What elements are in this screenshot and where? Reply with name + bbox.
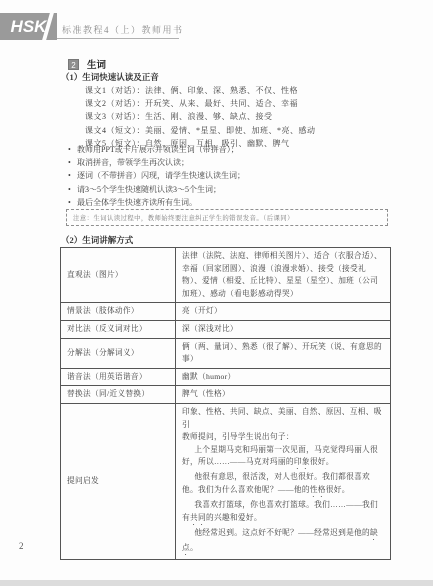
- method-name-cell: 谐音法（用英语谐音）: [61, 368, 176, 386]
- vocabulary-methods-table: 直观法（图片） 法律（法院、法庭、律师相关图片）、适合（衣服合适）、幸福（回家团…: [60, 247, 391, 560]
- teaching-step: 教师用PPT或卡片展示并领读生词（带拼音）；: [68, 143, 245, 156]
- lesson-line: 课文2（对话）：开玩笑、从来、最好、共同、适合、幸福: [85, 97, 316, 110]
- lesson-line: 课文1（对话）：法律、俩、印象、深、熟悉、不仅、性格: [85, 84, 316, 97]
- section-heading: 2 生词: [68, 55, 106, 67]
- example-sentence: 上个星期马克和玛丽第一次见面，马克觉得玛丽人很好，所以……——马克对玛丽的印象很…: [182, 444, 384, 472]
- subsection-2-heading: （2）生词讲解方式: [61, 234, 133, 246]
- method-name-cell: 分解法（分解词义）: [61, 338, 176, 368]
- table-row: 情景法（肢体动作） 亮（开灯）: [61, 303, 391, 321]
- method-name-cell: 替换法（同/近义替换）: [61, 386, 176, 404]
- teaching-step: 请3～5个学生快速随机认读3～5个生词；: [68, 183, 245, 196]
- prompt-intro: 教师提问，引导学生说出句子：: [182, 431, 384, 444]
- method-content-cell: 深（深浅对比）: [176, 320, 391, 338]
- table-row: 直观法（图片） 法律（法院、法庭、律师相关图片）、适合（衣服合适）、幸福（回家团…: [61, 248, 391, 303]
- method-content-cell: 印象、性格、共同、缺点、美丽、自然、原因、互相、吸引 教师提问，引导学生说出句子…: [176, 403, 391, 559]
- teaching-step: 取消拼音，带领学生再次认读；: [68, 156, 245, 169]
- table-row-question-prompting: 提问启发 印象、性格、共同、缺点、美丽、自然、原因、互相、吸引 教师提问，引导学…: [61, 403, 391, 559]
- teaching-step: 逐词（不带拼音）闪现，请学生快速认读生词；: [68, 169, 245, 182]
- section-title: 生词: [87, 61, 106, 71]
- lesson-line: 课文3（对话）：生活、刚、浪漫、够、缺点、接受: [85, 110, 316, 123]
- table-row: 谐音法（用英语谐音） 幽默（humor）: [61, 368, 391, 386]
- method-content-cell: 法律（法院、法庭、律师相关图片）、适合（衣服合适）、幸福（回家团圆）、浪漫（浪漫…: [176, 248, 391, 303]
- textbook-page: HSK 标准教程4（上）教师用书 2 生词 （1）生词快速认读及正音 课文1（对…: [0, 0, 433, 586]
- example-sentence: 他经常迟到。这点好不好呢？——经常迟到是他的缺点。: [182, 527, 384, 557]
- lesson-line: 课文4（短文）：美丽、爱情、*星星、即使、加班、*亮、感动: [85, 124, 316, 137]
- page-number: 2: [19, 541, 24, 551]
- teacher-note-box: 注意：生词认读过程中，教师始终要注意纠正学生的错误发音。（后课同）: [66, 209, 388, 226]
- teaching-steps-list: 教师用PPT或卡片展示并领读生词（带拼音）； 取消拼音，带领学生再次认读； 逐词…: [68, 143, 245, 209]
- method-content-cell: 幽默（humor）: [176, 368, 391, 386]
- example-sentence: 我喜欢打篮球，你也喜欢打篮球。我们……——我们有共同的兴趣和爱好。: [182, 499, 384, 527]
- header-rule: [57, 38, 179, 39]
- table-row: 替换法（同/近义替换） 脾气（性格）: [61, 386, 391, 404]
- method-content-cell: 脾气（性格）: [176, 386, 391, 404]
- teaching-step: 最后全体学生快速齐读所有生词。: [68, 196, 245, 209]
- table-row: 对比法（反义词对比） 深（深浅对比）: [61, 320, 391, 338]
- table-row: 分解法（分解词义） 俩（两、量词）、熟悉（很了解）、开玩笑（说、有意思的事）: [61, 338, 391, 368]
- hsk-logo: HSK: [0, 13, 57, 40]
- section-number-badge: 2: [68, 59, 79, 70]
- lesson-word-list: 课文1（对话）：法律、俩、印象、深、熟悉、不仅、性格 课文2（对话）：开玩笑、从…: [85, 84, 316, 150]
- method-name-cell: 对比法（反义词对比）: [61, 320, 176, 338]
- example-sentence: 他很有意思，很活泼，对人也很好。我们都很喜欢他。我们为什么喜欢他呢？——他的性格…: [182, 471, 384, 499]
- method-content-cell: 俩（两、量词）、熟悉（很了解）、开玩笑（说、有意思的事）: [176, 338, 391, 368]
- page-header-title: 标准教程4（上）教师用书: [62, 23, 184, 36]
- page-bottom-edge: [0, 580, 433, 586]
- target-word-list: 印象、性格、共同、缺点、美丽、自然、原因、互相、吸引: [182, 406, 384, 431]
- method-name-cell: 直观法（图片）: [61, 248, 176, 303]
- subsection-1-heading: （1）生词快速认读及正音: [61, 71, 159, 83]
- method-name-cell: 情景法（肢体动作）: [61, 303, 176, 321]
- method-content-cell: 亮（开灯）: [176, 303, 391, 321]
- method-name-cell: 提问启发: [61, 403, 176, 559]
